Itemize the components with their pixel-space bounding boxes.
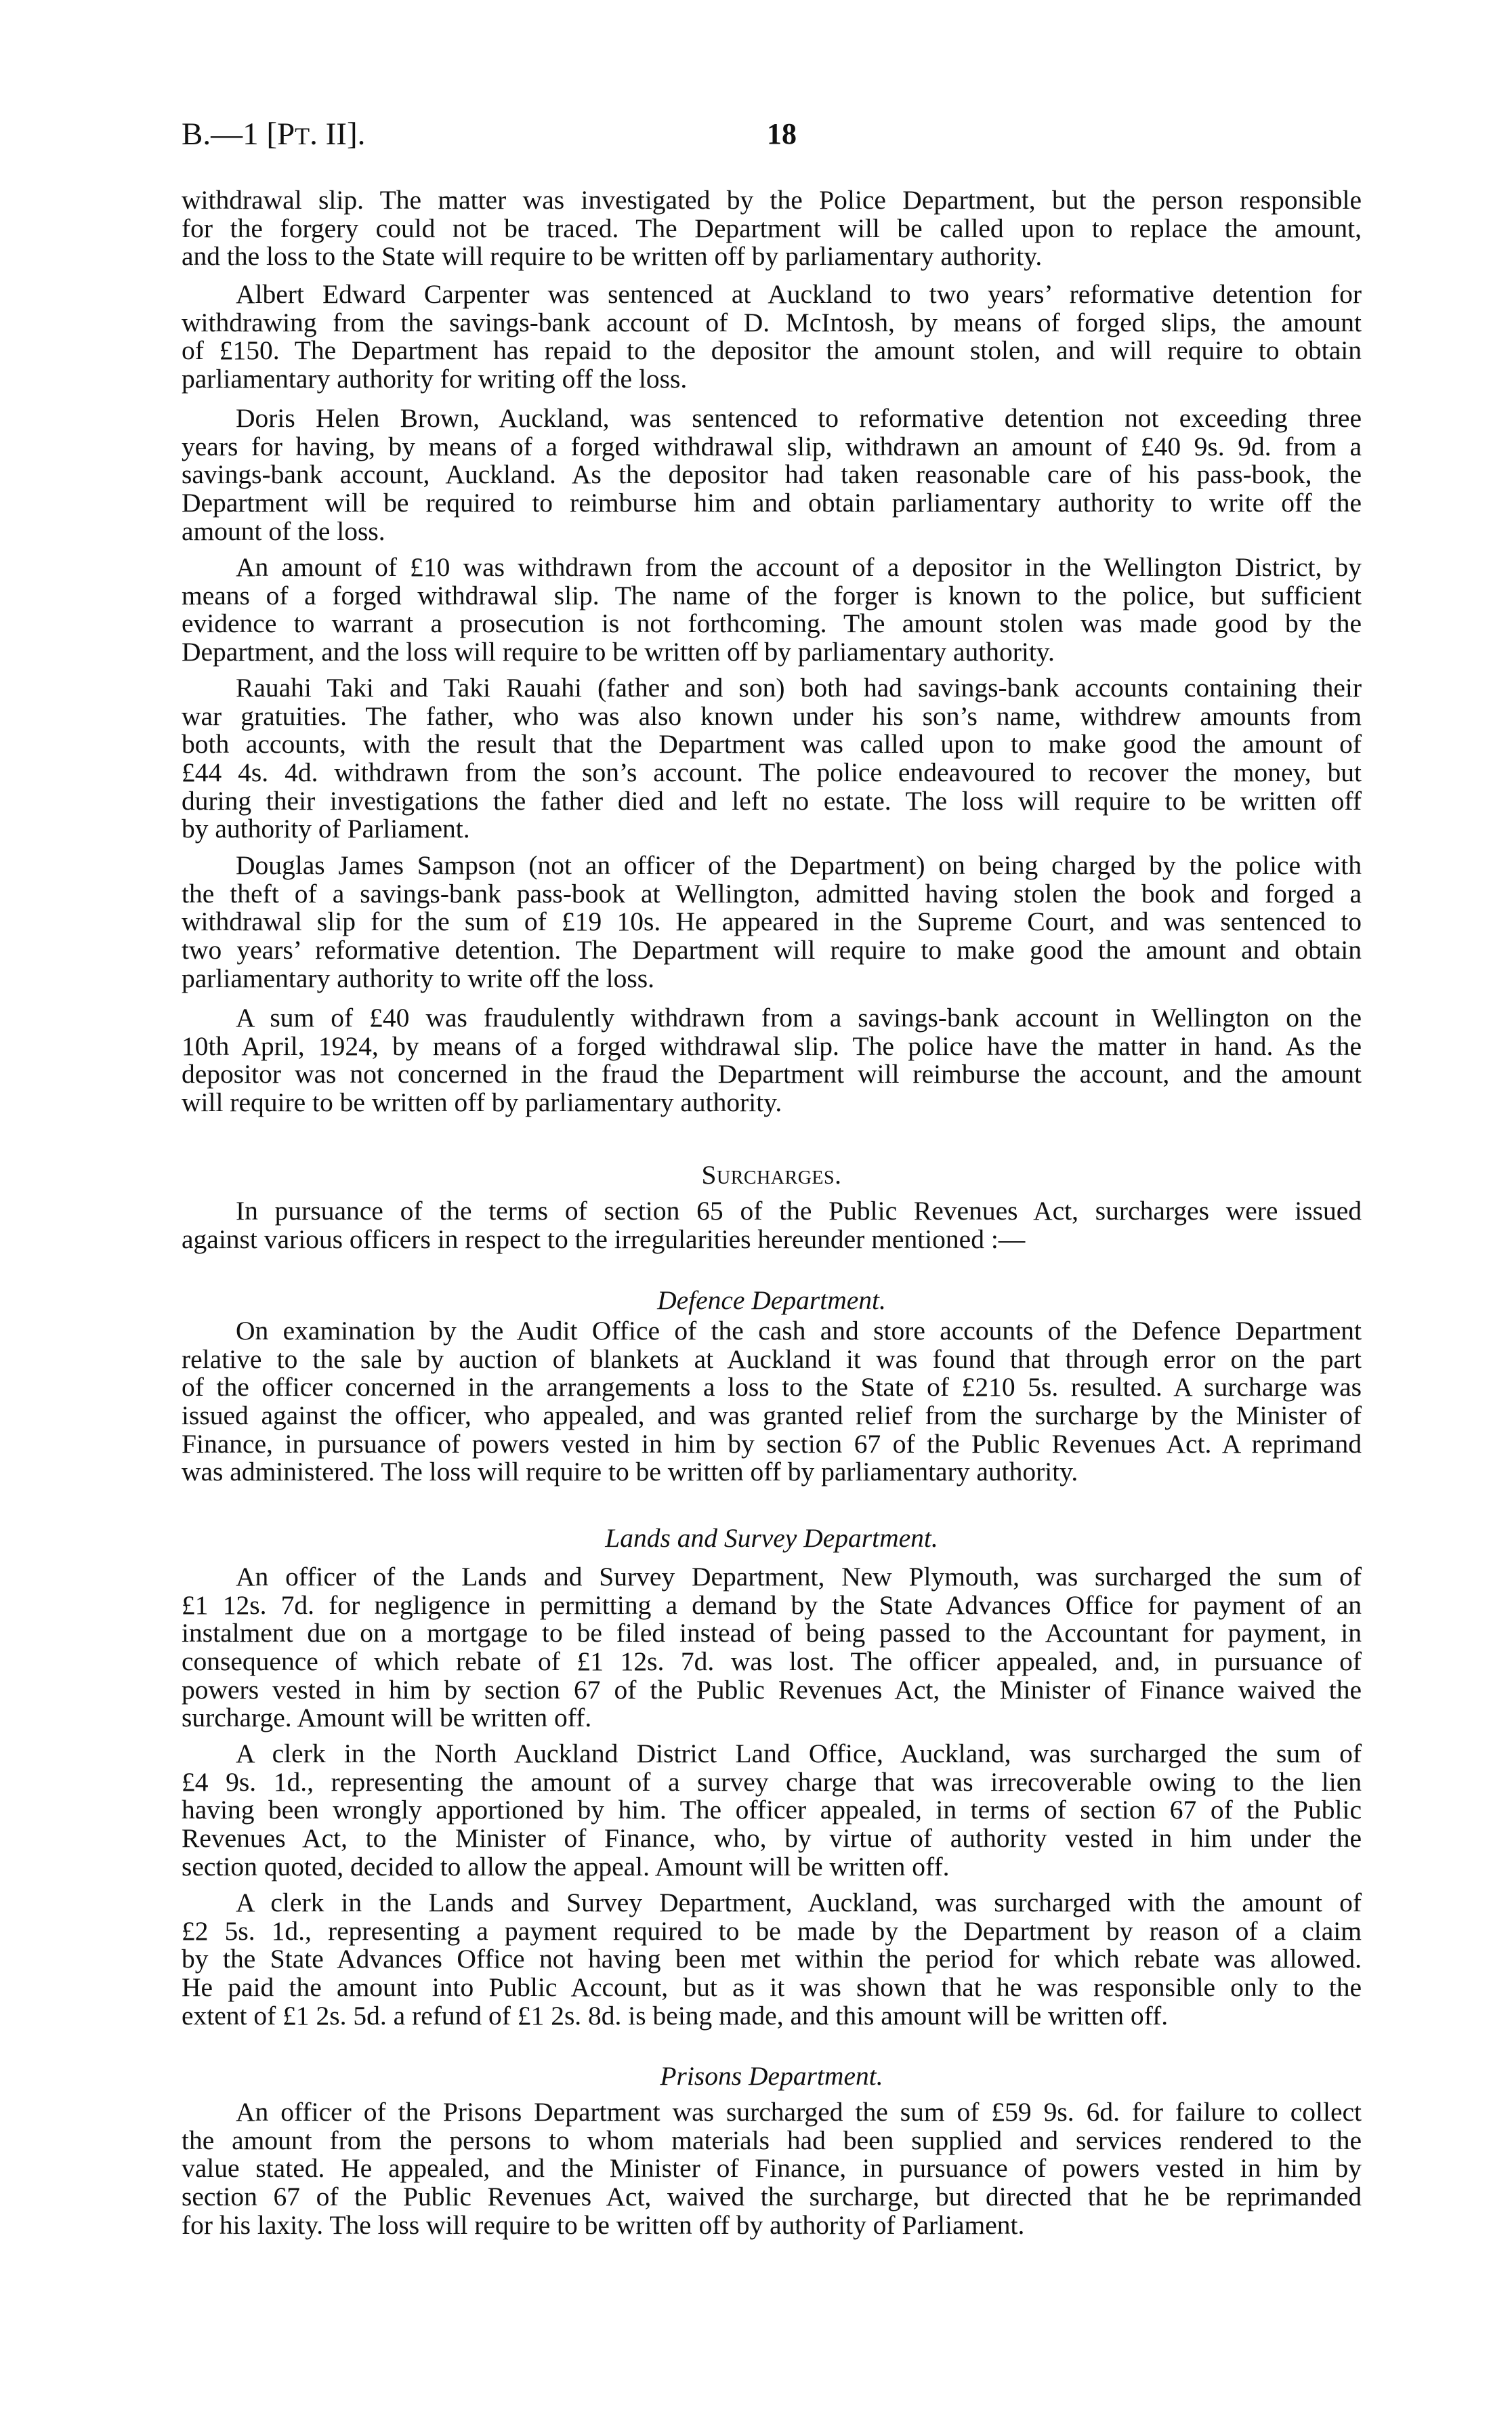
text-line: against various officers in respect to t… [182,1226,1362,1254]
document-reference: B.—1 [PT. II]. [182,117,365,154]
text-line: two years’ reformative detention. The De… [182,936,1362,965]
text-line: of the officer concerned in the arrangem… [182,1373,1362,1402]
subsection-heading-lands-survey: Lands and Survey Department. [182,1524,1362,1552]
reference-main: B.—1 [P [182,117,295,152]
text-line: during their investigations the father d… [182,787,1362,816]
paragraph-wellington-ten-pounds: An amount of £10 was withdrawn from the … [182,554,1362,667]
text-line: £1 12s. 7d. for negligence in permitting… [182,1592,1362,1620]
paragraph-lands-north-auckland: A clerk in the North Auckland District L… [182,1740,1362,1881]
text-line: parliamentary authority for writing off … [182,365,1362,394]
text-line: withdrawal slip. The matter was investig… [182,186,1362,215]
text-line: Douglas James Sampson (not an officer of… [182,852,1362,880]
paragraph-lands-new-plymouth: An officer of the Lands and Survey Depar… [182,1563,1362,1732]
paragraph-lands-auckland: A clerk in the Lands and Survey Departme… [182,1889,1362,2030]
text-line: instalment due on a mortgage to be filed… [182,1619,1362,1648]
text-line: war gratuities. The father, who was also… [182,703,1362,731]
text-line: Revenues Act, to the Minister of Finance… [182,1825,1362,1853]
text-line: An officer of the Prisons Department was… [182,2098,1362,2127]
text-line: by the State Advances Office not having … [182,1945,1362,1974]
paragraph-surcharges-intro: In pursuance of the terms of section 65 … [182,1197,1362,1253]
paragraph-defence: On examination by the Audit Office of th… [182,1317,1362,1486]
page-number: 18 [767,117,797,152]
subsection-heading-defence: Defence Department. [182,1286,1362,1314]
document-page: B.—1 [PT. II]. 18 withdrawal slip. The m… [0,0,1512,2433]
text-line: withdrawal slip for the sum of £19 10s. … [182,908,1362,936]
text-line: having been wrongly apportioned by him. … [182,1796,1362,1825]
reference-small-caps: T [295,123,310,150]
text-line: Department, and the loss will require to… [182,638,1362,667]
text-line: 10th April, 1924, by means of a forged w… [182,1033,1362,1061]
text-line: depositor was not concerned in the fraud… [182,1060,1362,1089]
text-line: A clerk in the Lands and Survey Departme… [182,1889,1362,1917]
text-line: of £150. The Department has repaid to th… [182,337,1362,365]
text-line: value stated. He appealed, and the Minis… [182,2155,1362,2183]
text-line: In pursuance of the terms of section 65 … [182,1197,1362,1226]
text-line: £2 5s. 1d., representing a payment requi… [182,1917,1362,1946]
paragraph-forged-slip-continued: withdrawal slip. The matter was investig… [182,186,1362,271]
text-line: extent of £1 2s. 5d. a refund of £1 2s. … [182,2002,1362,2031]
text-line: withdrawing from the savings-bank accoun… [182,309,1362,337]
paragraph-prisons: An officer of the Prisons Department was… [182,2098,1362,2239]
paragraph-brown: Doris Helen Brown, Auckland, was sentenc… [182,404,1362,545]
text-line: and the loss to the State will require t… [182,243,1362,271]
text-line: amount of the loss. [182,518,1362,546]
text-line: Finance, in pursuance of powers vested i… [182,1430,1362,1459]
text-line: An amount of £10 was withdrawn from the … [182,554,1362,582]
text-line: A clerk in the North Auckland District L… [182,1740,1362,1768]
text-line: the amount from the persons to whom mate… [182,2127,1362,2155]
text-line: Doris Helen Brown, Auckland, was sentenc… [182,404,1362,433]
text-line: for the forgery could not be traced. The… [182,215,1362,243]
text-line: Rauahi Taki and Taki Rauahi (father and … [182,674,1362,703]
text-line: £44 4s. 4d. withdrawn from the son’s acc… [182,759,1362,787]
text-line: parliamentary authority to write off the… [182,965,1362,993]
text-line: relative to the sale by auction of blank… [182,1346,1362,1374]
text-line: means of a forged withdrawal slip. The n… [182,582,1362,610]
text-line: £4 9s. 1d., representing the amount of a… [182,1768,1362,1797]
text-line: section 67 of the Public Revenues Act, w… [182,2183,1362,2211]
text-line: will require to be written off by parlia… [182,1089,1362,1117]
text-line: issued against the officer, who appealed… [182,1402,1362,1430]
paragraph-sampson: Douglas James Sampson (not an officer of… [182,852,1362,993]
text-line: powers vested in him by section 67 of th… [182,1676,1362,1705]
text-line: savings-bank account, Auckland. As the d… [182,461,1362,489]
paragraph-rauahi-taki: Rauahi Taki and Taki Rauahi (father and … [182,674,1362,844]
text-line: On examination by the Audit Office of th… [182,1317,1362,1346]
text-line: the theft of a savings-bank pass-book at… [182,880,1362,909]
subsection-heading-prisons: Prisons Department. [182,2062,1362,2090]
running-head: B.—1 [PT. II]. 18 [182,117,1362,152]
text-line: section quoted, decided to allow the app… [182,1853,1362,1881]
text-line: years for having, by means of a forged w… [182,433,1362,461]
text-line: consequence of which rebate of £1 12s. 7… [182,1648,1362,1676]
text-line: was administered. The loss will require … [182,1458,1362,1486]
text-line: Albert Edward Carpenter was sentenced at… [182,280,1362,309]
paragraph-wellington-forty-pounds: A sum of £40 was fraudulently withdrawn … [182,1004,1362,1117]
text-line: surcharge. Amount will be written off. [182,1704,1362,1732]
text-line: An officer of the Lands and Survey Depar… [182,1563,1362,1592]
text-line: by authority of Parliament. [182,815,1362,844]
text-line: for his laxity. The loss will require to… [182,2211,1362,2240]
text-line: evidence to warrant a prosecution is not… [182,610,1362,638]
paragraph-carpenter: Albert Edward Carpenter was sentenced at… [182,280,1362,394]
text-line: A sum of £40 was fraudulently withdrawn … [182,1004,1362,1033]
reference-tail: . II]. [310,117,365,152]
text-line: He paid the amount into Public Account, … [182,1974,1362,2002]
section-heading-surcharges: Surcharges. [182,1161,1362,1189]
text-line: Department will be required to reimburse… [182,489,1362,518]
text-line: both accounts, with the result that the … [182,730,1362,759]
